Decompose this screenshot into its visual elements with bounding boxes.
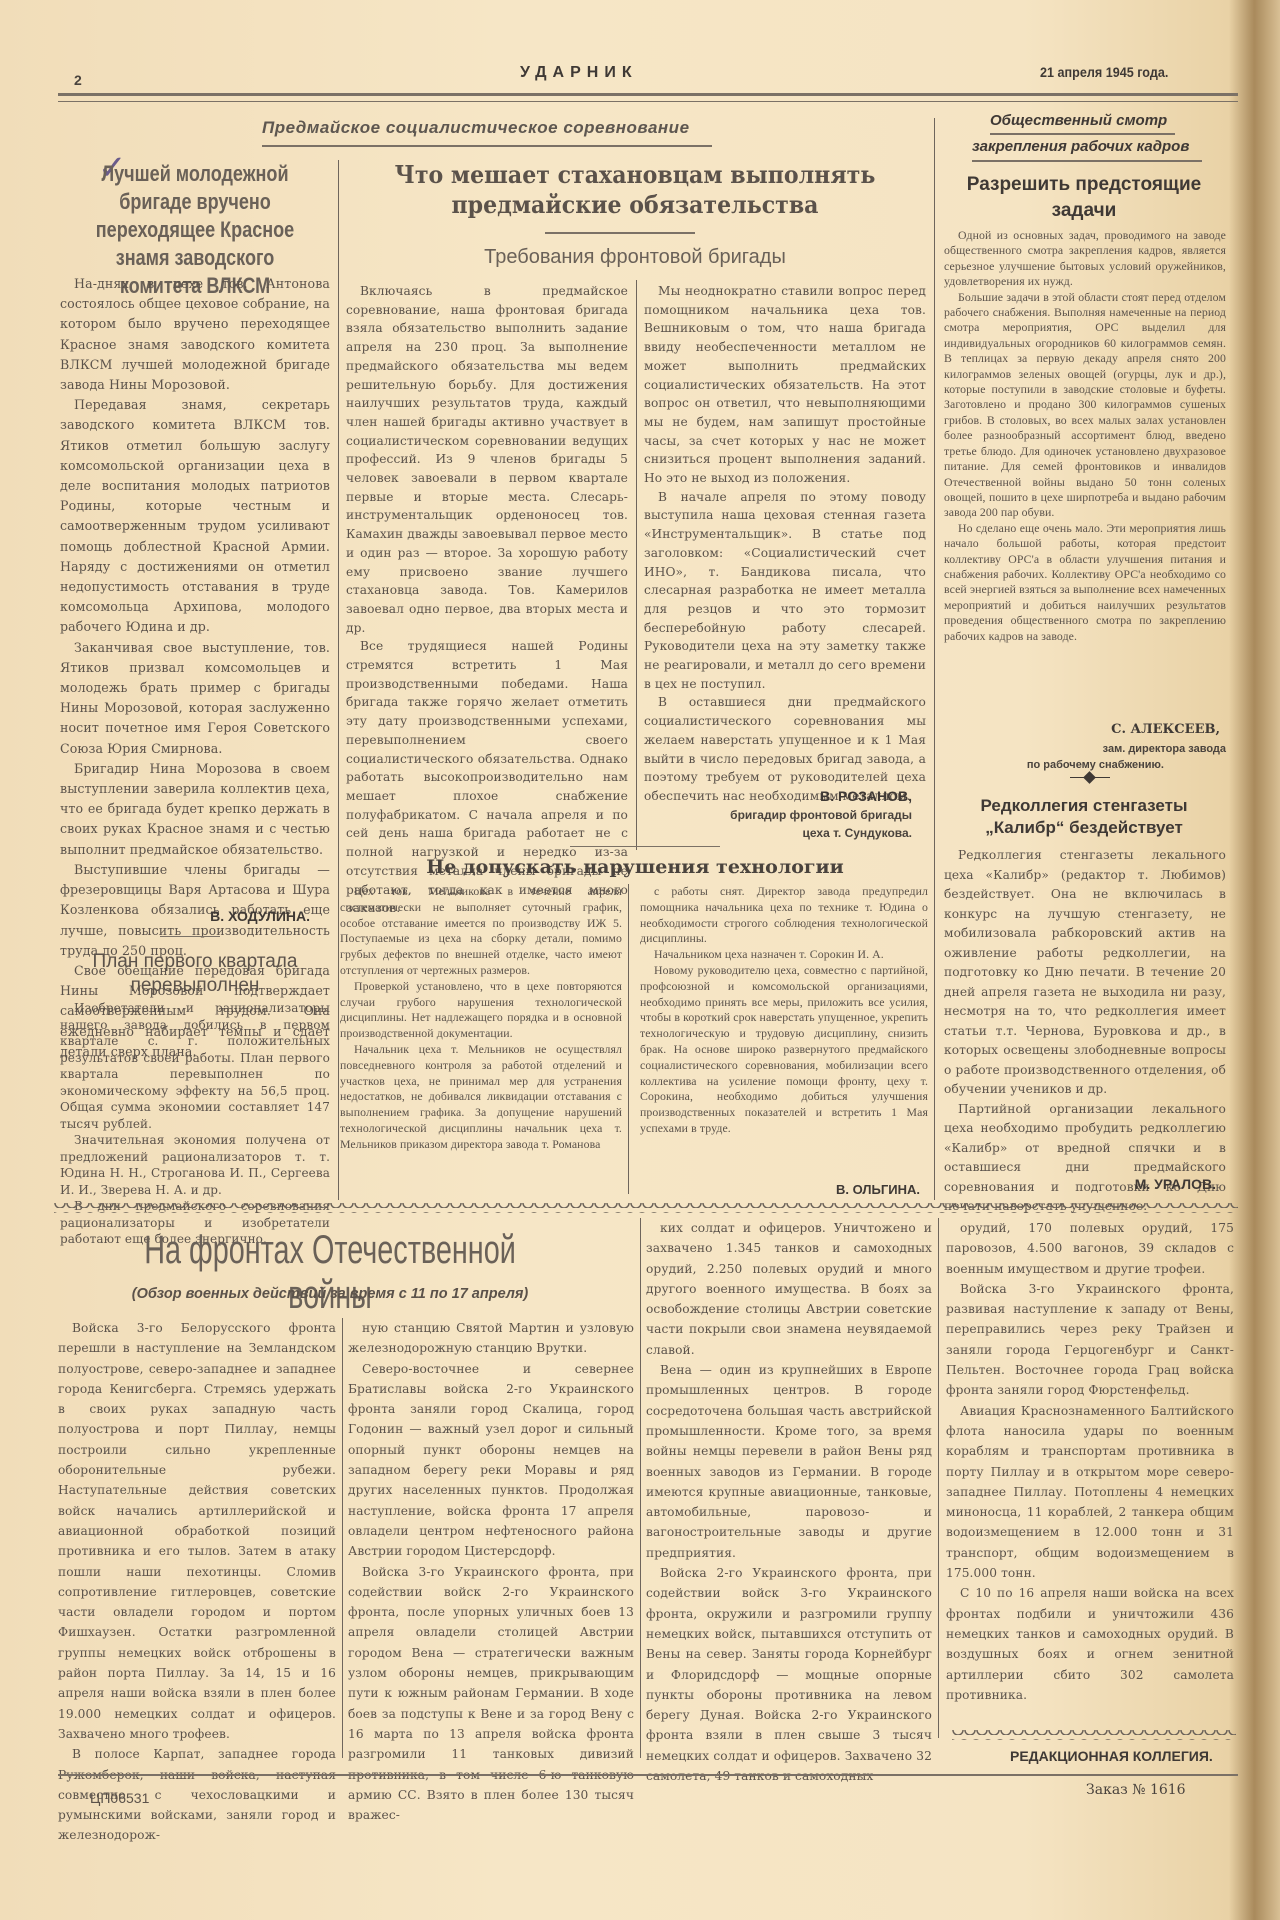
paragraph: Войска 2-го Украинского фронта, при соде… <box>646 1563 932 1786</box>
stakhanov-byline-2: цеха т. Сундукова. <box>650 824 912 842</box>
tasks-byline-2: по рабочему снабжению. <box>944 756 1164 774</box>
page-number: 2 <box>74 72 82 88</box>
technology-col2: с работы снят. Директор завода предупред… <box>640 884 928 1137</box>
technology-signature: В. ОЛЬГИНА. <box>700 1182 920 1197</box>
column-divider-3 <box>636 280 637 850</box>
diamond-ornament-icon <box>1070 772 1110 784</box>
newspaper-name: УДАРНИК <box>520 64 638 82</box>
paragraph: Начальник цеха т. Мельников не осуществл… <box>340 1042 622 1153</box>
war-col-divider-3 <box>938 1218 939 1738</box>
competition-banner-rule <box>262 145 712 147</box>
kalibr-headline-1: Редколлегия стенгазеты <box>944 796 1224 816</box>
paragraph: Цех тов. Мельникова в течение апреля сис… <box>340 884 622 979</box>
paragraph: Бригадир Нина Морозова в своем выступлен… <box>60 759 330 860</box>
war-col3: ких солдат и офицеров. Уничтожено и захв… <box>646 1218 932 1786</box>
war-subheadline: (Обзор военных действий за время с 11 по… <box>60 1286 600 1302</box>
paragraph: Включаясь в предмайское соревнование, на… <box>346 282 628 637</box>
paragraph: Войска 3-го Украинского фронта, при соде… <box>348 1562 634 1826</box>
technology-headline: Не допускать нарушения технологии <box>340 856 930 878</box>
paragraph: Значительная экономия получена от предло… <box>60 1132 330 1198</box>
paragraph: Но сделано еще очень мало. Эти мероприят… <box>944 521 1226 644</box>
column-divider-1 <box>338 160 339 1200</box>
masthead-rule-top <box>58 93 1238 96</box>
banner-award-body: На-днях в цехе тов. Антонова состоялось … <box>60 274 330 1062</box>
paragraph: Начальником цеха назначен т. Сорокин И. … <box>640 947 928 963</box>
wavy-divider-top <box>54 1203 1238 1213</box>
separator <box>570 846 720 847</box>
war-headline: На фронтах Отечественной войны <box>136 1228 525 1318</box>
paragraph: Одной из основных задач, проводимого на … <box>944 228 1226 290</box>
newspaper-page: 2 УДАРНИК 21 апреля 1945 года. ✓ Предмай… <box>0 0 1280 1920</box>
war-col-divider-1 <box>342 1318 343 1758</box>
masthead-rule-bottom <box>58 101 1238 102</box>
review-banner-line2: закрепления рабочих кадров <box>972 138 1189 155</box>
technology-col1: Цех тов. Мельникова в течение апреля сис… <box>340 884 622 1153</box>
plan-headline: План первого квартала перевыполнен <box>60 950 330 998</box>
column-divider-2 <box>934 118 935 1200</box>
stakhanov-subheadline: Требования фронтовой бригады <box>350 246 920 269</box>
paragraph: Северо-восточнее и севернее Братиславы в… <box>348 1359 634 1562</box>
paragraph: Войска 3-го Белорусского фронта перешли … <box>58 1318 336 1744</box>
paragraph: Заканчивая свое выступление, тов. Ятиков… <box>60 638 330 759</box>
war-col4: орудий, 170 полевых орудий, 175 паровозо… <box>946 1218 1234 1705</box>
stakhanov-rule <box>545 232 695 234</box>
censor-code: ЦП06531 <box>90 1790 149 1806</box>
war-col1: Войска 3-го Белорусского фронта перешли … <box>58 1318 336 1846</box>
paragraph: Партийной организации лекального цеха не… <box>944 1100 1226 1217</box>
paragraph: Мы неоднократно ставили вопрос перед пом… <box>644 282 926 488</box>
wavy-divider-bottom <box>952 1730 1236 1740</box>
paragraph: На-днях в цехе тов. Антонова состоялось … <box>60 274 330 395</box>
paragraph: Передавая знамя, секретарь заводского ко… <box>60 395 330 637</box>
paragraph: С 10 по 16 апреля наши войска на всех фр… <box>946 1583 1234 1705</box>
stakhanov-signature: В. РОЗАНОВ, <box>650 788 912 804</box>
stakhanov-col1: Включаясь в предмайское соревнование, на… <box>346 282 628 918</box>
banner-award-signature: В. ХОДУЛИНА. <box>60 908 310 924</box>
review-banner-line1: Общественный смотр <box>990 112 1167 129</box>
tasks-body: Одной из основных задач, проводимого на … <box>944 228 1226 644</box>
paragraph: Вена — один из крупнейших в Европе промы… <box>646 1360 932 1563</box>
paragraph: орудий, 170 полевых орудий, 175 паровозо… <box>946 1218 1234 1279</box>
paragraph: Большие задачи в этой области стоят пере… <box>944 290 1226 521</box>
footer-rule <box>58 1774 1238 1776</box>
paragraph: ких солдат и офицеров. Уничтожено и захв… <box>646 1218 932 1360</box>
order-number: Заказ № 1616 <box>1086 1782 1186 1798</box>
kalibr-body: Редколлегия стенгазеты лекального цеха «… <box>944 846 1226 1217</box>
paragraph: В начале апреля по этому поводу выступил… <box>644 488 926 694</box>
paragraph: Новому руководителю цеха, совместно с па… <box>640 963 928 1137</box>
war-col-divider-2 <box>640 1218 641 1758</box>
kalibr-signature: М. УРАЛОВ. <box>944 1176 1216 1192</box>
stakhanov-headline: Что мешает стахановцам выполнять предмай… <box>373 160 897 220</box>
review-banner-rule1 <box>990 133 1175 135</box>
paragraph: Проверкой установлено, что в цехе повтор… <box>340 979 622 1042</box>
competition-banner: Предмайское социалистическое соревновани… <box>262 118 690 138</box>
war-col2: ную станцию Святой Мартин и узловую желе… <box>348 1318 634 1825</box>
paragraph: Редколлегия стенгазеты лекального цеха «… <box>944 846 1226 1100</box>
technology-col-divider <box>628 884 629 1194</box>
tasks-signature: С. АЛЕКСЕЕВ, <box>944 722 1220 737</box>
paragraph: с работы снят. Директор завода предупред… <box>640 884 928 947</box>
tasks-headline: Разрешить предстоящие задачи <box>944 172 1224 224</box>
editorial-board: РЕДАКЦИОННАЯ КОЛЛЕГИЯ. <box>1010 1748 1213 1764</box>
review-banner-rule2 <box>972 160 1202 162</box>
stakhanov-col2: Мы неоднократно ставили вопрос перед пом… <box>644 282 926 806</box>
paragraph: Авиация Краснознаменного Балтийского фло… <box>946 1401 1234 1584</box>
stakhanov-byline-1: бригадир фронтовой бригады <box>650 806 912 824</box>
issue-date: 21 апреля 1945 года. <box>1040 64 1168 80</box>
paragraph: ную станцию Святой Мартин и узловую желе… <box>348 1318 634 1359</box>
paragraph: Изобретатели и рационализаторы нашего за… <box>60 1000 330 1132</box>
kalibr-headline-2: „Калибр“ бездействует <box>944 818 1224 838</box>
separator <box>160 936 220 937</box>
paragraph: Войска 3-го Украинского фронта, развивая… <box>946 1279 1234 1401</box>
